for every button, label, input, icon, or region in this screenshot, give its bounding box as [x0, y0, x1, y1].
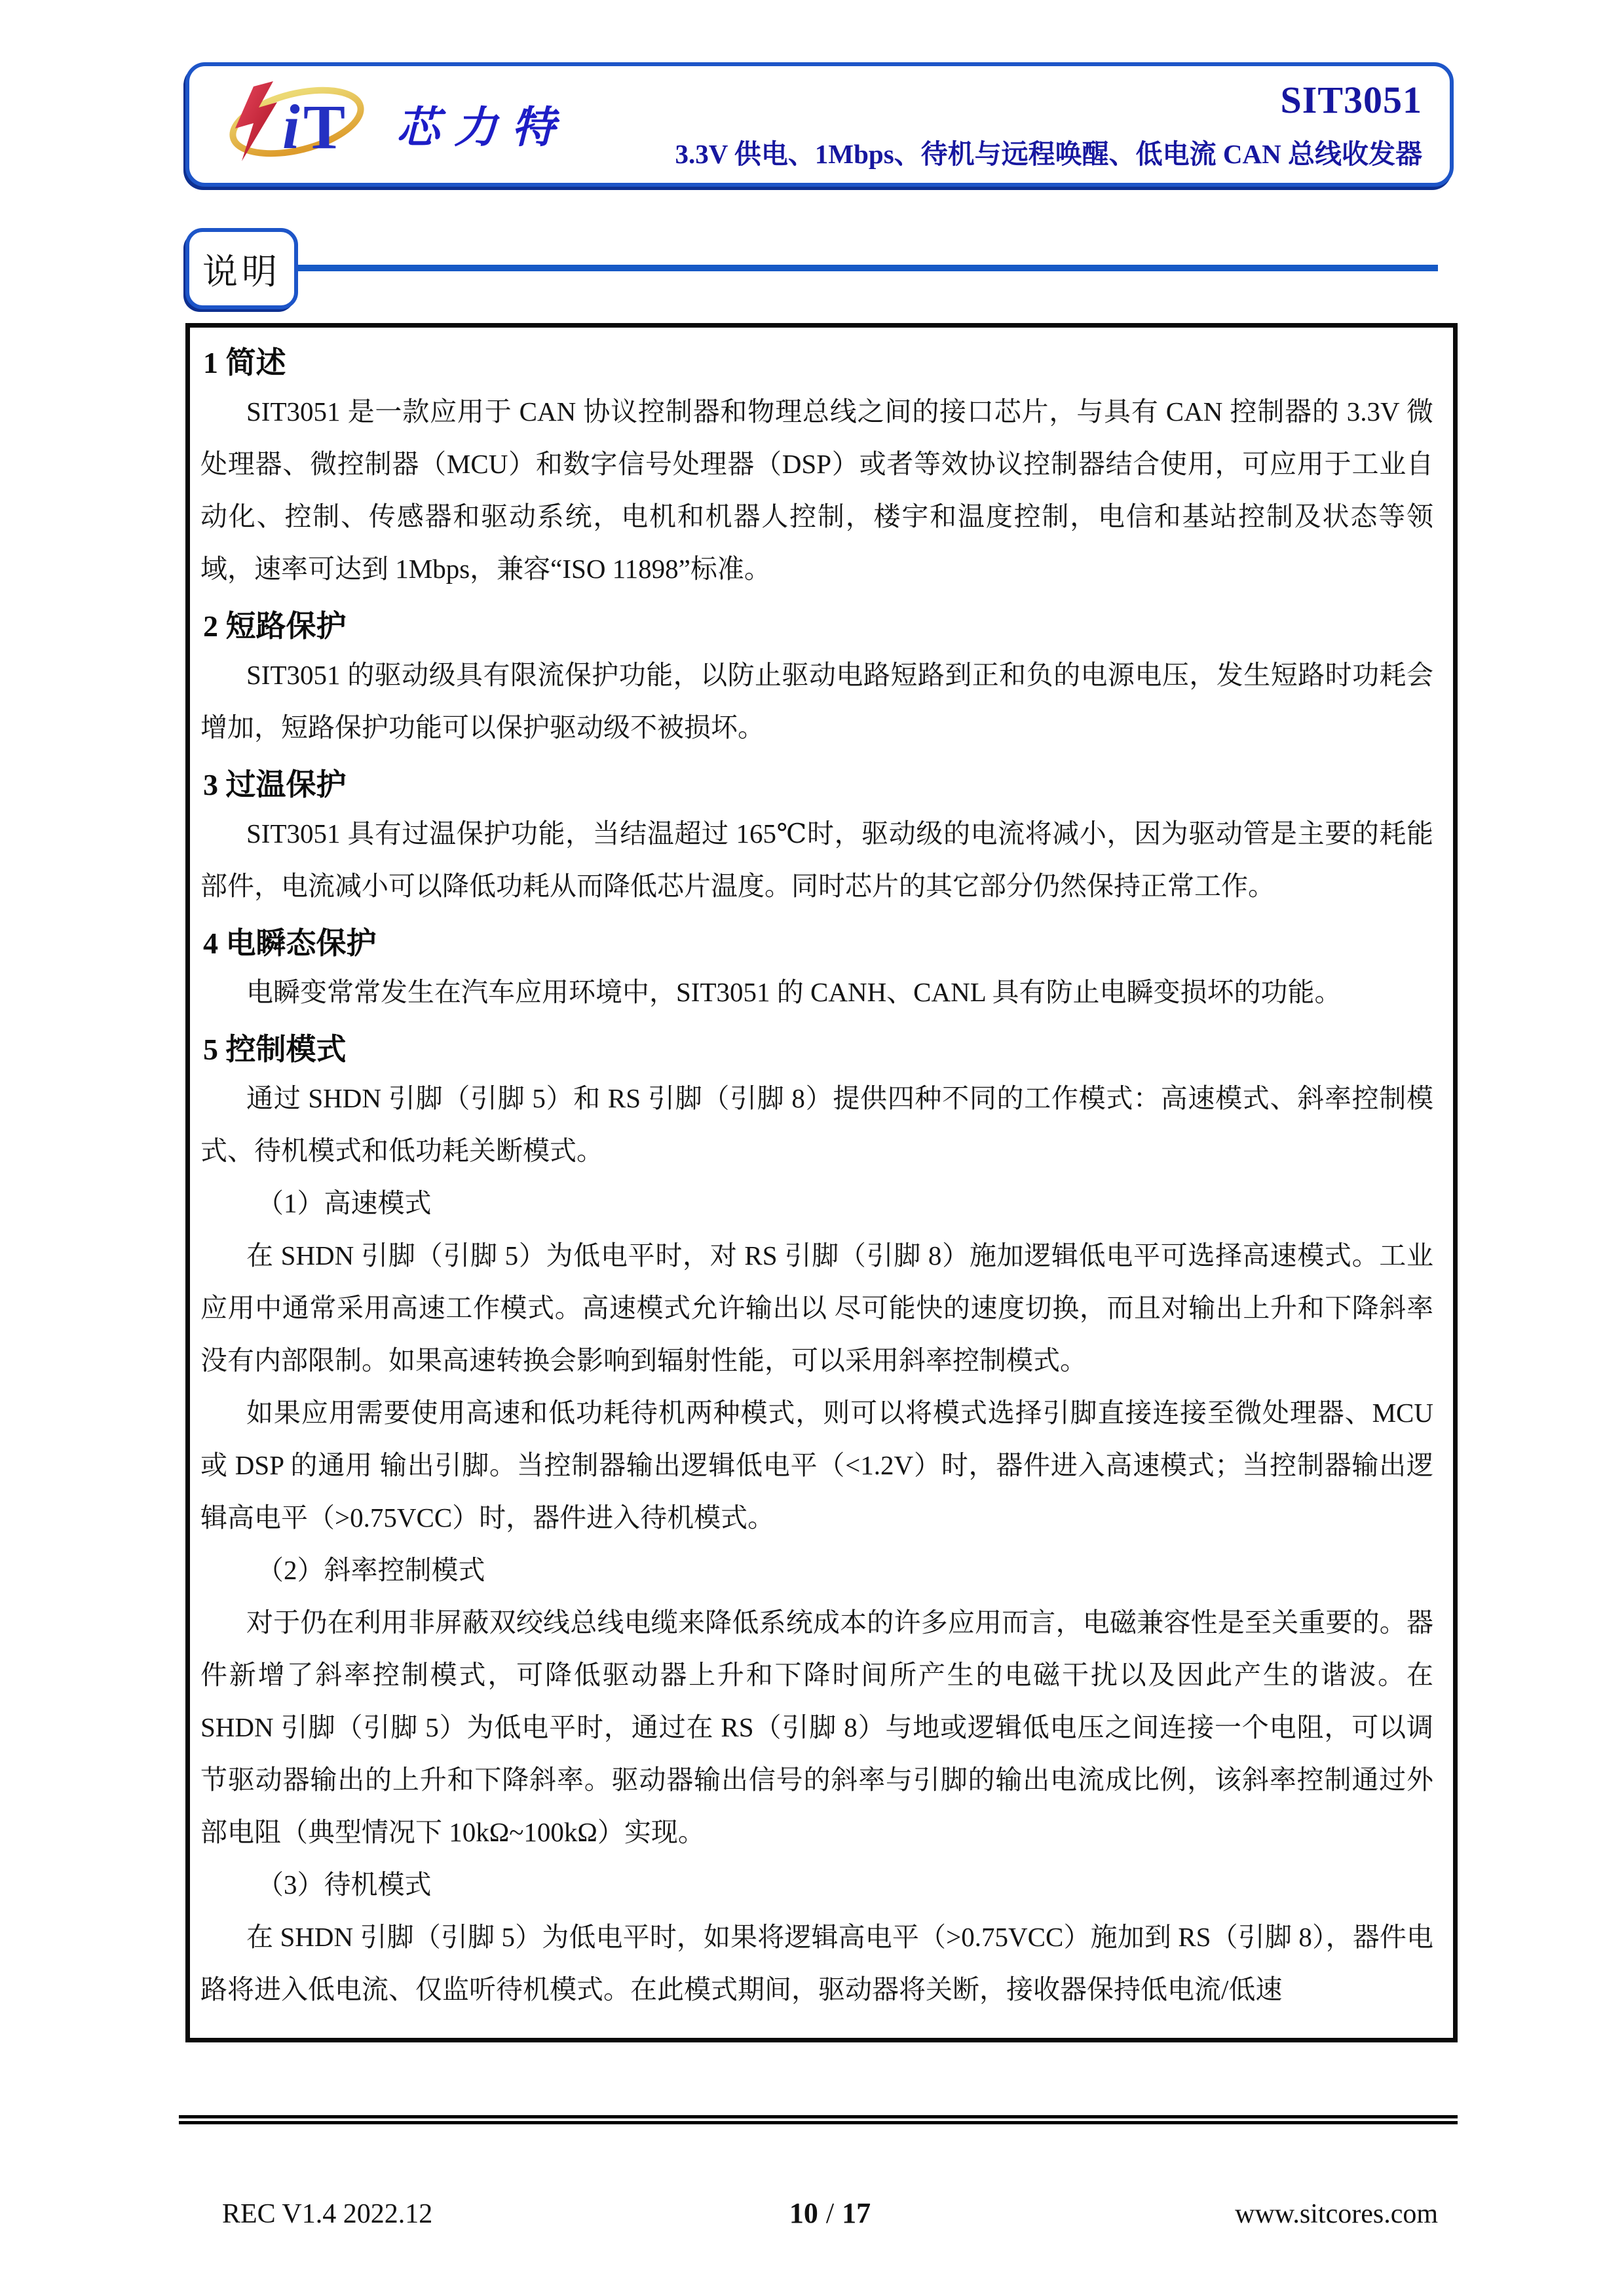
logo-letter-t: T — [303, 92, 345, 162]
description-content-box: 1 简述 SIT3051 是一款应用于 CAN 协议控制器和物理总线之间的接口芯… — [185, 323, 1458, 2042]
paragraph: SIT3051 是一款应用于 CAN 协议控制器和物理总线之间的接口芯片，与具有… — [200, 385, 1433, 595]
brand-name: 芯力特 — [396, 92, 569, 155]
paragraph: 通过 SHDN 引脚（引脚 5）和 RS 引脚（引脚 8）提供四种不同的工作模式… — [200, 1072, 1433, 1177]
header-banner: i T 芯力特 SIT3051 3.3V 供电、1Mbps、待机与远程唤醒、低电… — [185, 62, 1454, 187]
footer-revision: REC V1.4 2022.12 — [222, 2198, 789, 2230]
page-separator: / — [818, 2197, 842, 2229]
part-number: SIT3051 — [675, 78, 1422, 122]
company-logo: i T 芯力特 — [222, 80, 569, 166]
paragraph: 电瞬变常常发生在汽车应用环境中，SIT3051 的 CANH、CANL 具有防止… — [200, 966, 1433, 1018]
sit-logo-icon: i T — [222, 80, 374, 166]
paragraph: 在 SHDN 引脚（引脚 5）为低电平时，对 RS 引脚（引脚 8）施加逻辑低电… — [200, 1229, 1433, 1387]
section-label-shuoming: 说明 — [185, 228, 298, 309]
section-heading-1: 1 简述 — [203, 345, 1433, 381]
paragraph: SIT3051 的驱动级具有限流保护功能，以防止驱动电路短路到正和负的电源电压，… — [200, 649, 1433, 754]
section-heading-5: 5 控制模式 — [203, 1031, 1433, 1068]
section-heading-4: 4 电瞬态保护 — [203, 925, 1433, 962]
paragraph: 在 SHDN 引脚（引脚 5）为低电平时，如果将逻辑高电平（>0.75VCC）施… — [200, 1911, 1433, 2016]
paragraph: 对于仍在利用非屏蔽双绞线总线电缆来降低系统成本的许多应用而言，电磁兼容性是至关重… — [200, 1596, 1433, 1858]
paragraph: SIT3051 具有过温保护功能，当结温超过 165℃时，驱动级的电流将减小，因… — [200, 807, 1433, 912]
page-current: 10 — [789, 2197, 818, 2229]
footer-website: www.sitcores.com — [871, 2198, 1438, 2230]
logo-letter-i: i — [282, 92, 300, 162]
page-number: 10/17 — [789, 2196, 871, 2230]
footer: REC V1.4 2022.12 10/17 www.sitcores.com — [185, 2196, 1458, 2230]
mode-subheading-3: （3）待机模式 — [200, 1858, 1433, 1911]
section-heading-3: 3 过温保护 — [203, 767, 1433, 803]
mode-subheading-2: （2）斜率控制模式 — [200, 1544, 1433, 1596]
section-divider-rule — [293, 265, 1438, 271]
section-heading-2: 2 短路保护 — [203, 608, 1433, 645]
header-titles: SIT3051 3.3V 供电、1Mbps、待机与远程唤醒、低电流 CAN 总线… — [675, 75, 1422, 171]
mode-subheading-1: （1）高速模式 — [200, 1177, 1433, 1229]
paragraph: 如果应用需要使用高速和低功耗待机两种模式，则可以将模式选择引脚直接连接至微处理器… — [200, 1387, 1433, 1544]
document-subtitle: 3.3V 供电、1Mbps、待机与远程唤醒、低电流 CAN 总线收发器 — [675, 132, 1422, 171]
page-total: 17 — [842, 2197, 871, 2229]
footer-divider-rule — [179, 2115, 1458, 2124]
